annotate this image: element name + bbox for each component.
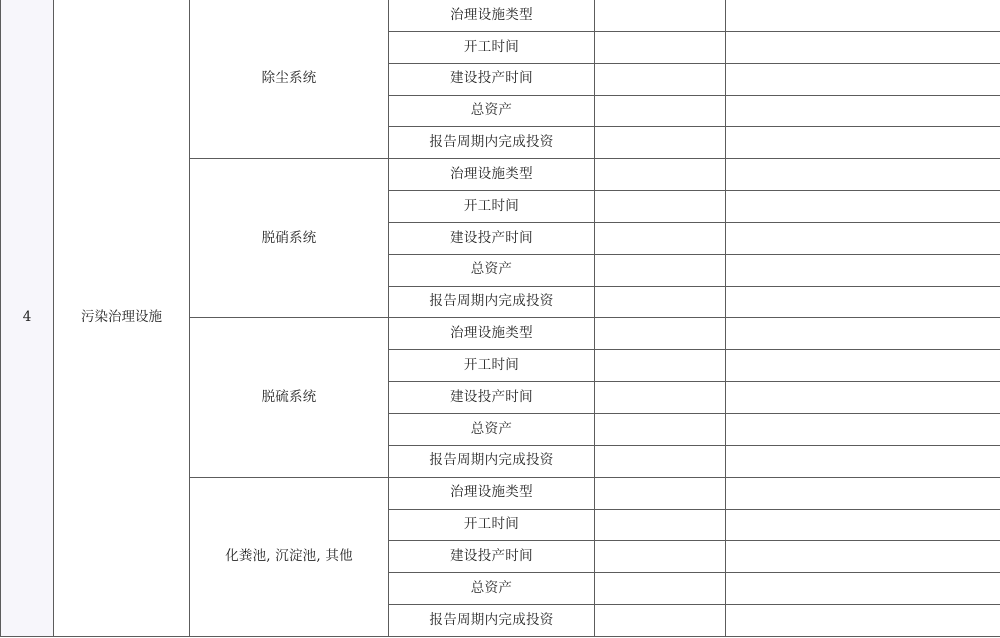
- note-cell[interactable]: [726, 541, 1000, 573]
- note-cell[interactable]: [726, 31, 1000, 63]
- system-cell-septic-sedimentation-other: 化粪池, 沉淀池, 其他: [190, 477, 389, 636]
- value-cell[interactable]: [595, 95, 726, 127]
- note-cell[interactable]: [726, 382, 1000, 414]
- field-label-total-assets: 总资产: [389, 254, 595, 286]
- field-label-period-investment: 报告周期内完成投资: [389, 127, 595, 159]
- field-label-commissioning-time: 建设投产时间: [389, 382, 595, 414]
- note-cell[interactable]: [726, 605, 1000, 637]
- note-cell[interactable]: [726, 445, 1000, 477]
- note-cell[interactable]: [726, 63, 1000, 95]
- note-cell[interactable]: [726, 318, 1000, 350]
- table-row: 4 污染治理设施 除尘系统 治理设施类型: [1, 0, 1000, 31]
- value-cell[interactable]: [595, 541, 726, 573]
- note-cell[interactable]: [726, 477, 1000, 509]
- field-label-facility-type: 治理设施类型: [389, 0, 595, 31]
- value-cell[interactable]: [595, 509, 726, 541]
- note-cell[interactable]: [726, 127, 1000, 159]
- value-cell[interactable]: [595, 573, 726, 605]
- note-cell[interactable]: [726, 573, 1000, 605]
- category-cell: 污染治理设施: [54, 0, 190, 637]
- note-cell[interactable]: [726, 159, 1000, 191]
- note-cell[interactable]: [726, 254, 1000, 286]
- system-cell-desulfurization: 脱硫系统: [190, 318, 389, 477]
- note-cell[interactable]: [726, 509, 1000, 541]
- note-cell[interactable]: [726, 222, 1000, 254]
- value-cell[interactable]: [595, 0, 726, 31]
- field-label-start-time: 开工时间: [389, 191, 595, 223]
- field-label-facility-type: 治理设施类型: [389, 159, 595, 191]
- value-cell[interactable]: [595, 191, 726, 223]
- value-cell[interactable]: [595, 127, 726, 159]
- field-label-period-investment: 报告周期内完成投资: [389, 605, 595, 637]
- note-cell[interactable]: [726, 350, 1000, 382]
- value-cell[interactable]: [595, 63, 726, 95]
- field-label-facility-type: 治理设施类型: [389, 477, 595, 509]
- value-cell[interactable]: [595, 350, 726, 382]
- value-cell[interactable]: [595, 477, 726, 509]
- row-index-cell: 4: [1, 0, 54, 637]
- field-label-commissioning-time: 建设投产时间: [389, 222, 595, 254]
- field-label-period-investment: 报告周期内完成投资: [389, 445, 595, 477]
- note-cell[interactable]: [726, 95, 1000, 127]
- value-cell[interactable]: [595, 445, 726, 477]
- value-cell[interactable]: [595, 222, 726, 254]
- system-cell-denitrification: 脱硝系统: [190, 159, 389, 318]
- field-label-total-assets: 总资产: [389, 573, 595, 605]
- field-label-total-assets: 总资产: [389, 413, 595, 445]
- pollution-facility-table: 4 污染治理设施 除尘系统 治理设施类型 开工时间 建设投产时间 总资产 报告周…: [0, 0, 1000, 637]
- value-cell[interactable]: [595, 286, 726, 318]
- note-cell[interactable]: [726, 191, 1000, 223]
- value-cell[interactable]: [595, 605, 726, 637]
- value-cell[interactable]: [595, 382, 726, 414]
- value-cell[interactable]: [595, 159, 726, 191]
- value-cell[interactable]: [595, 31, 726, 63]
- field-label-start-time: 开工时间: [389, 509, 595, 541]
- value-cell[interactable]: [595, 318, 726, 350]
- note-cell[interactable]: [726, 413, 1000, 445]
- field-label-start-time: 开工时间: [389, 350, 595, 382]
- value-cell[interactable]: [595, 413, 726, 445]
- note-cell[interactable]: [726, 0, 1000, 31]
- field-label-total-assets: 总资产: [389, 95, 595, 127]
- field-label-facility-type: 治理设施类型: [389, 318, 595, 350]
- note-cell[interactable]: [726, 286, 1000, 318]
- system-cell-dust-removal: 除尘系统: [190, 0, 389, 159]
- field-label-start-time: 开工时间: [389, 31, 595, 63]
- field-label-period-investment: 报告周期内完成投资: [389, 286, 595, 318]
- field-label-commissioning-time: 建设投产时间: [389, 63, 595, 95]
- value-cell[interactable]: [595, 254, 726, 286]
- field-label-commissioning-time: 建设投产时间: [389, 541, 595, 573]
